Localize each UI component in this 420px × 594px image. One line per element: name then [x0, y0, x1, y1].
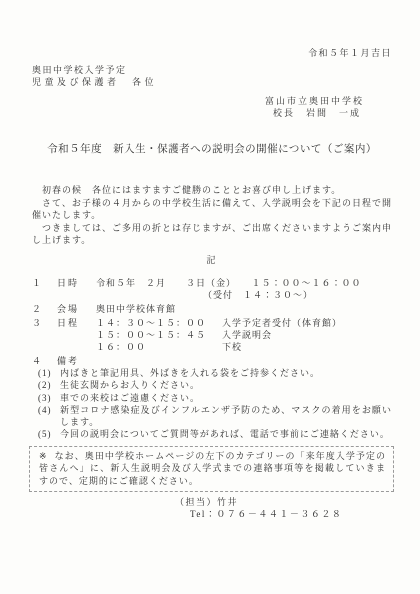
note-number: (4): [38, 405, 60, 428]
body-paragraphs: 初春の候 各位にはますますご健勝のこととお喜び申し上げます。 さて、お子様の４月…: [32, 184, 392, 247]
record-marker: 記: [32, 254, 392, 266]
note-number: (1): [38, 368, 60, 380]
schedule-desc: 入学説明会: [222, 329, 392, 341]
schedule-desc: 入学予定者受付（体育館）: [222, 317, 392, 329]
issue-date: 令和５年１月吉日: [32, 47, 392, 59]
contact-telephone: Tel：０７６－４４１－３６２８: [190, 508, 392, 520]
item-number: ４: [32, 355, 57, 367]
item-label-venue: 会場: [57, 303, 96, 315]
schedule-row: １５：００～１５：４５ 入学説明会: [96, 329, 392, 341]
document-title: 令和５年度 新入生・保護者への説明会の開催について（ご案内）: [32, 143, 392, 157]
sender-principal: 校長 岩間 一成: [273, 107, 392, 119]
note-number: (3): [38, 393, 60, 405]
item-label-datetime: 日時: [57, 277, 96, 289]
recipient-line-1: 奥田中学校入学予定: [32, 64, 392, 76]
sender-school: 富山市立奥田中学校: [265, 95, 392, 107]
homepage-notice-box: ※なお、奥田中学校ホームページの左下のカテゴリーの「来年度入学予定の皆さんへ」に…: [29, 446, 394, 493]
details-list: １ 日時 令和５年 ２月 ３日（金） １５：００～１６：００ （受付 １４：３０…: [32, 277, 392, 441]
recipient-line-2: 児童及び保護者 各位: [32, 76, 392, 88]
reception-time-note: （受付 １４：３０～）: [203, 289, 392, 301]
schedule-time: １５：００～１５：４５: [96, 329, 222, 341]
venue-value: 奥田中学校体育館: [96, 303, 392, 315]
note-item: (5) 今回の説明会についてご質問等があれば、電話で事前にご連絡ください。: [38, 429, 392, 441]
schedule-row: １４：３０～１５：００ 入学予定者受付（体育館）: [96, 317, 392, 329]
item-label-remarks: 備考: [57, 355, 96, 367]
schedule-time: １６：００: [96, 341, 222, 353]
item-number: １: [32, 277, 57, 289]
contact-block: （担当）竹井 Tel：０７６－４４１－３６２８: [32, 496, 392, 520]
note-text: 内ばきと筆記用具、外ばきを入れる袋をご持参ください。: [60, 368, 392, 380]
greeting-paragraph: 初春の候 各位にはますますご健勝のこととお喜び申し上げます。: [32, 184, 392, 197]
homepage-notice-paragraph: ※なお、奥田中学校ホームページの左下のカテゴリーの「来年度入学予定の皆さんへ」に…: [39, 450, 386, 488]
detail-item-datetime: １ 日時 令和５年 ２月 ３日（金） １５：００～１６：００ （受付 １４：３０…: [32, 277, 392, 301]
schedule-time: １４：３０～１５：００: [96, 317, 222, 329]
note-number: (5): [38, 429, 60, 441]
note-text: 新型コロナ感染症及びインフルエンザ予防のため、マスクの着用をお願いします。: [60, 405, 392, 428]
note-text: 生徒玄関からお入りください。: [60, 380, 392, 392]
reference-mark: ※: [39, 451, 48, 461]
note-text: 今回の説明会についてご質問等があれば、電話で事前にご連絡ください。: [60, 429, 392, 441]
item-number: ２: [32, 303, 57, 315]
note-item: (1) 内ばきと筆記用具、外ばきを入れる袋をご持参ください。: [38, 368, 392, 380]
note-number: (2): [38, 380, 60, 392]
remarks-notes-list: (1) 内ばきと筆記用具、外ばきを入れる袋をご持参ください。 (2) 生徒玄関か…: [38, 368, 392, 441]
note-text: 車での来校はご遠慮ください。: [60, 393, 392, 405]
schedule-row: １６：００ 下校: [96, 341, 392, 353]
detail-item-remarks: ４ 備考: [32, 355, 392, 367]
detail-item-venue: ２ 会場 奥田中学校体育館: [32, 303, 392, 315]
detail-item-schedule: ３ 日程 １４：３０～１５：００ 入学予定者受付（体育館） １５：００～１５：４…: [32, 317, 392, 353]
document-page: 令和５年１月吉日 奥田中学校入学予定 児童及び保護者 各位 富山市立奥田中学校 …: [0, 0, 420, 594]
datetime-main: 令和５年 ２月 ３日（金） １５：００～１６：００: [96, 278, 362, 288]
schedule-desc: 下校: [222, 341, 392, 353]
body-paragraph-1: さて、お子様の４月からの中学校生活に備えて、入学説明会を下記の日程で開催いたしま…: [32, 197, 392, 222]
body-paragraph-2: つきましては、ご多用の折とは存じますが、ご出席くださいますようご案内申し上げます…: [32, 222, 392, 247]
item-label-schedule: 日程: [57, 317, 96, 329]
contact-person: （担当）竹井: [175, 496, 392, 508]
item-number: ３: [32, 317, 57, 329]
datetime-value: 令和５年 ２月 ３日（金） １５：００～１６：００ （受付 １４：３０～）: [96, 277, 392, 301]
note-item: (3) 車での来校はご遠慮ください。: [38, 393, 392, 405]
note-item: (2) 生徒玄関からお入りください。: [38, 380, 392, 392]
note-item: (4) 新型コロナ感染症及びインフルエンザ予防のため、マスクの着用をお願いします…: [38, 405, 392, 428]
homepage-notice-text: なお、奥田中学校ホームページの左下のカテゴリーの「来年度入学予定の皆さんへ」に、…: [39, 451, 386, 486]
sender-block: 富山市立奥田中学校 校長 岩間 一成: [265, 95, 392, 119]
recipient-block: 奥田中学校入学予定 児童及び保護者 各位: [32, 64, 392, 88]
schedule-rows: １４：３０～１５：００ 入学予定者受付（体育館） １５：００～１５：４５ 入学説…: [96, 317, 392, 353]
